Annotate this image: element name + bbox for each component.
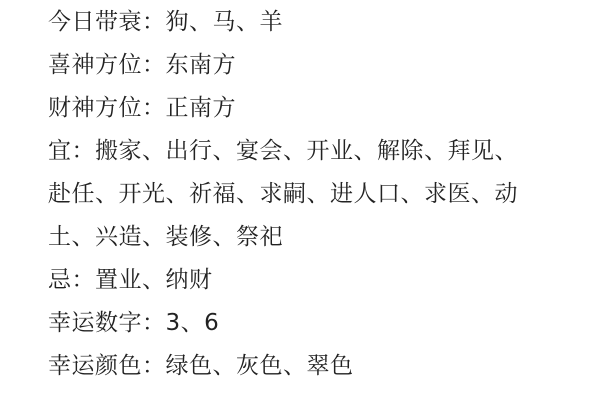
avoid-line: 忌：置业、纳财 <box>48 259 588 302</box>
suitable-line-1: 宜：搬家、出行、宴会、开业、解除、拜见、 <box>48 130 588 173</box>
almanac-text-block: 今日带衰：狗、马、羊 喜神方位：东南方 财神方位：正南方 宜：搬家、出行、宴会、… <box>48 1 588 388</box>
joy-god-direction-line: 喜神方位：东南方 <box>48 44 588 87</box>
suitable-line-2: 赴任、开光、祈福、求嗣、进人口、求医、动 <box>48 173 588 216</box>
lucky-numbers-line: 幸运数字：3、6 <box>48 302 588 345</box>
clash-today-line: 今日带衰：狗、马、羊 <box>48 1 588 44</box>
wealth-god-direction-line: 财神方位：正南方 <box>48 87 588 130</box>
lucky-colors-line: 幸运颜色：绿色、灰色、翠色 <box>48 345 588 388</box>
suitable-line-3: 土、兴造、装修、祭祀 <box>48 216 588 259</box>
